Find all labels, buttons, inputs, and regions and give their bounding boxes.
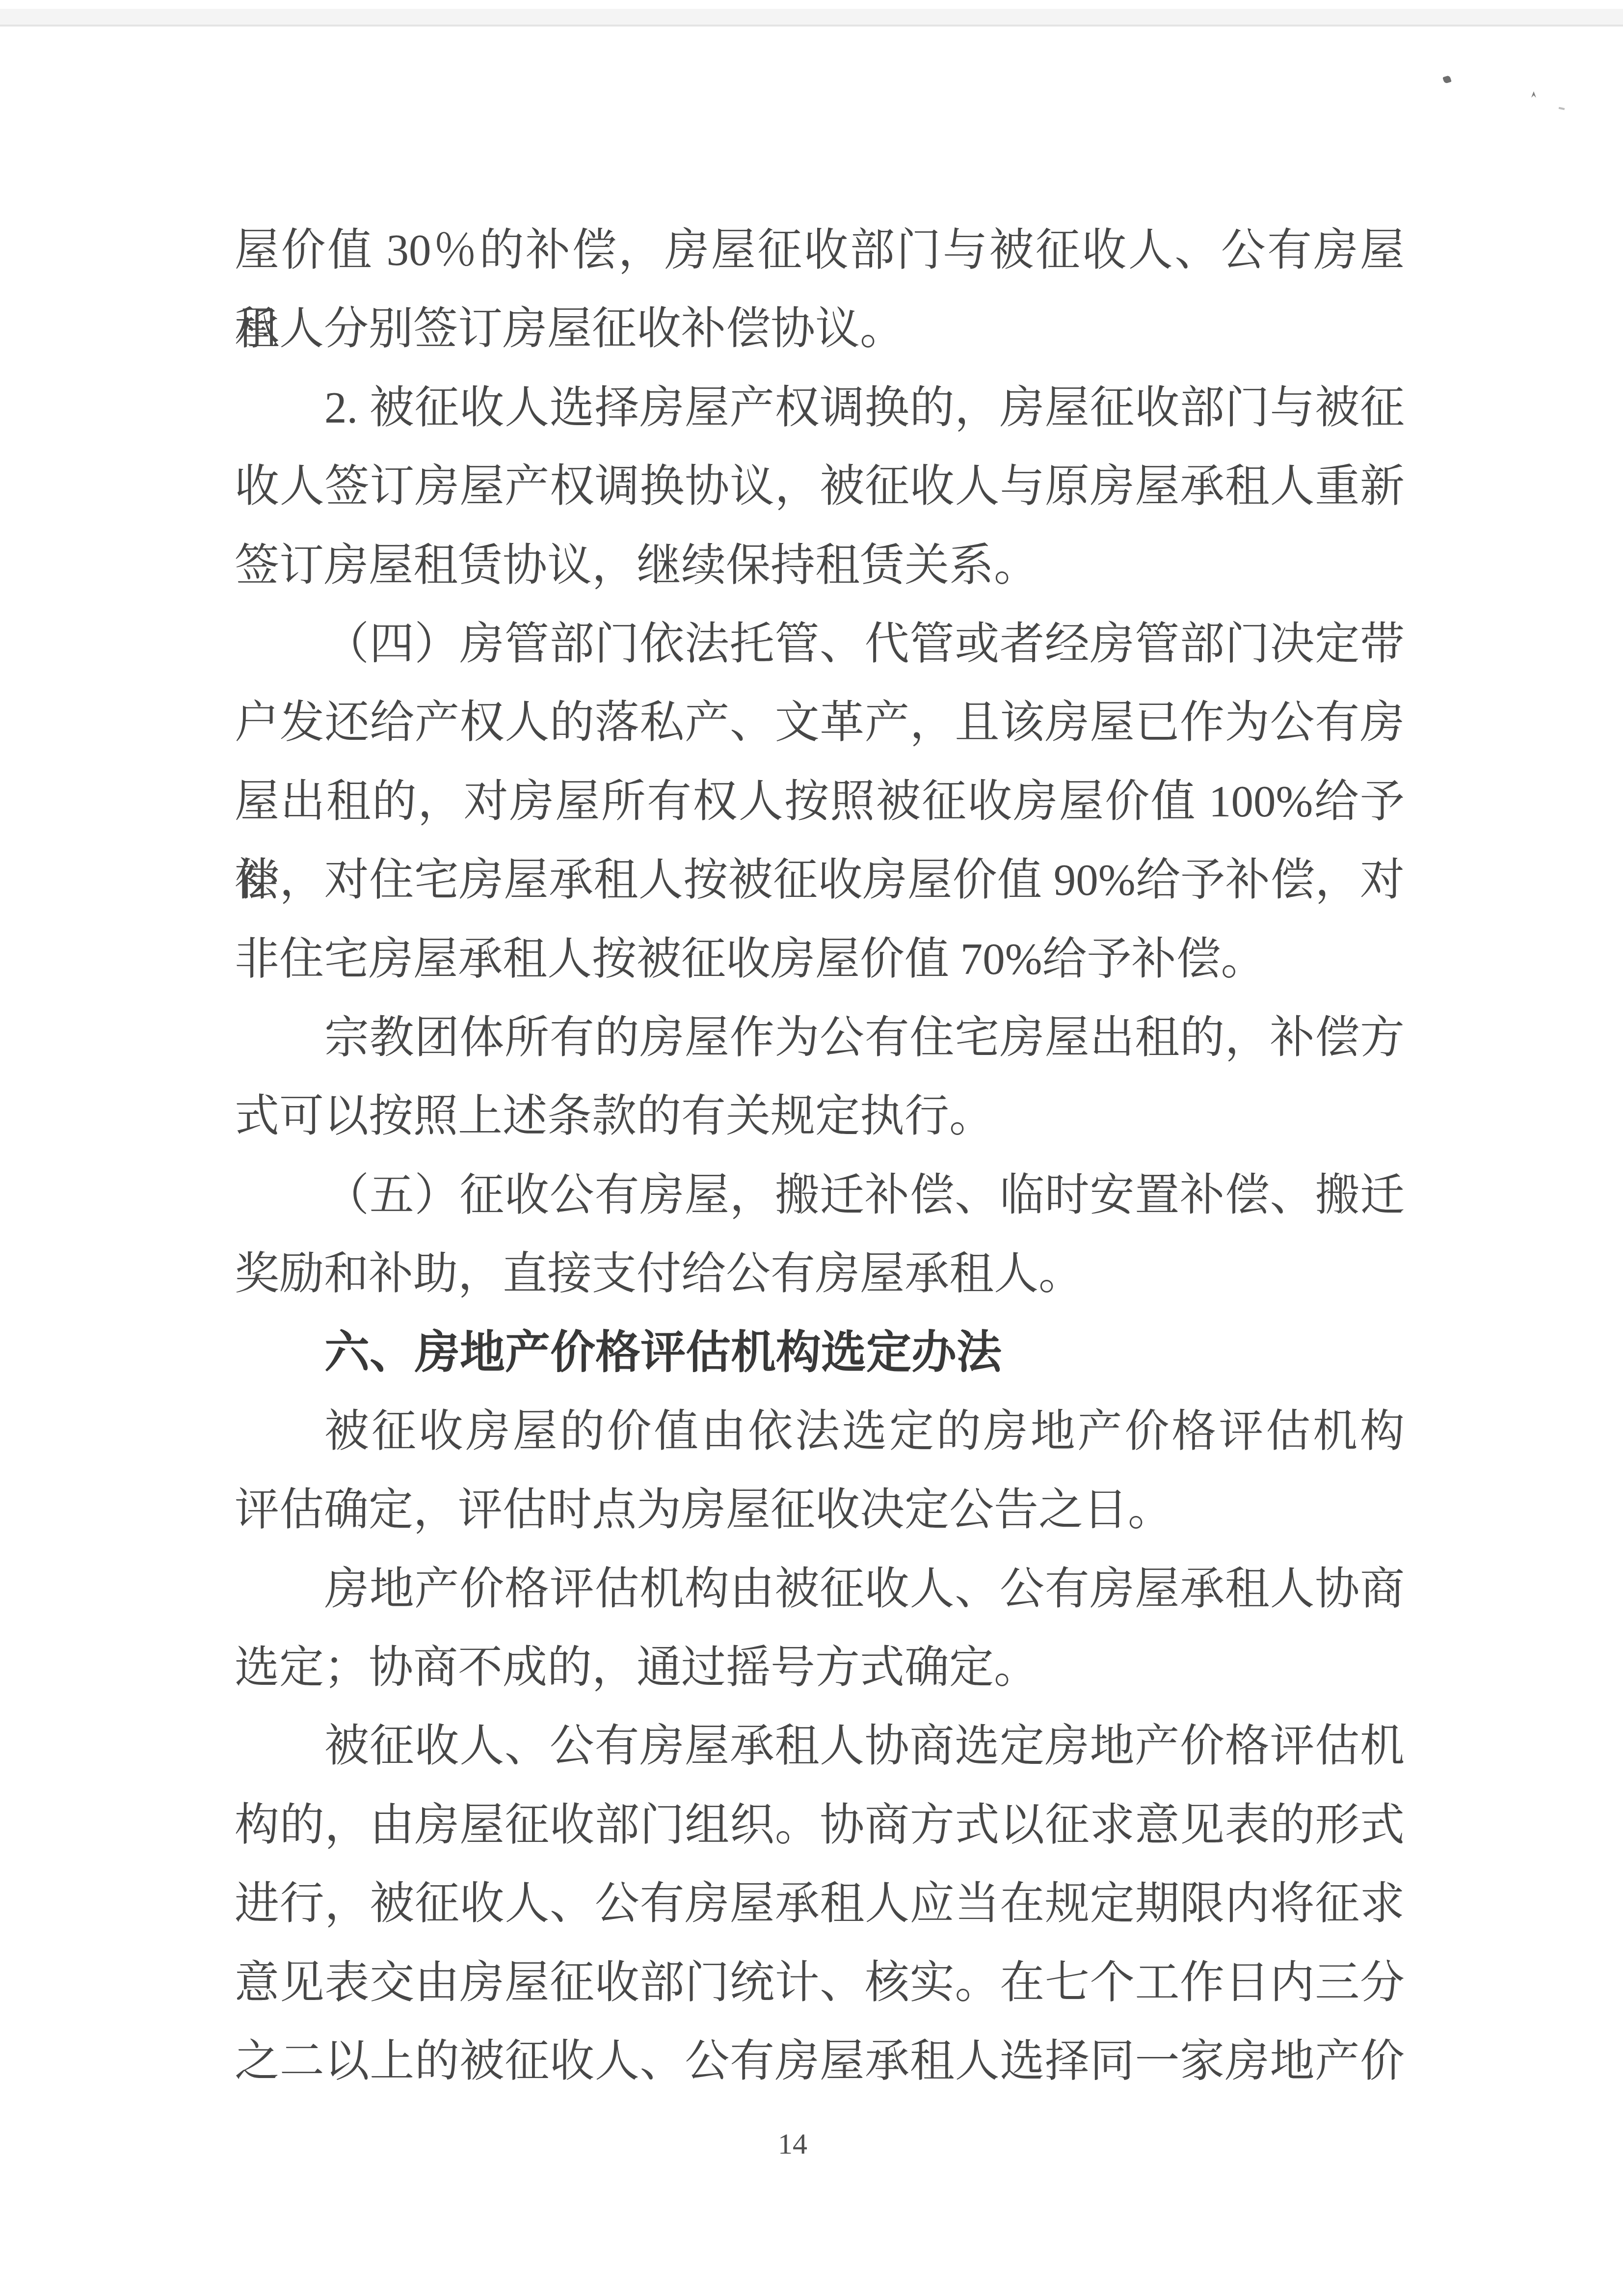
- text-line: 进行，被征收人、公有房屋承租人应当在规定期限内将征求: [235, 1864, 1405, 1943]
- text-line: 签订房屋租赁协议，继续保持租赁关系。: [235, 526, 1405, 605]
- text-line: 屋出租的，对房屋所有权人按照被征收房屋价值 100%给予补: [235, 762, 1405, 841]
- text-line: 奖励和补助，直接支付给公有房屋承租人。: [235, 1235, 1405, 1313]
- text-line: 意见表交由房屋征收部门统计、核实。在七个工作日内三分: [235, 1944, 1405, 2022]
- text-line: （五）征收公有房屋，搬迁补偿、临时安置补偿、搬迁: [235, 1156, 1405, 1235]
- text-line: 户发还给产权人的落私产、文革产，且该房屋已作为公有房: [235, 683, 1405, 762]
- ink-speck: [1559, 107, 1565, 110]
- text-line: （四）房管部门依法托管、代管或者经房管部门决定带: [235, 605, 1405, 683]
- text-line: 屋价值 30％的补偿，房屋征收部门与被征收人、公有房屋承: [235, 211, 1405, 290]
- text-line: 评估确定，评估时点为房屋征收决定公告之日。: [235, 1471, 1405, 1549]
- ink-speck: [1442, 75, 1452, 84]
- ink-speck: [1531, 91, 1536, 98]
- text-line: 被征收房屋的价值由依法选定的房地产价格评估机构: [235, 1392, 1405, 1471]
- text-line: 2. 被征收人选择房屋产权调换的，房屋征收部门与被征: [235, 369, 1405, 447]
- text-line: 被征收人、公有房屋承租人协商选定房地产价格评估机: [235, 1707, 1405, 1785]
- text-line: 租人分别签订房屋征收补偿协议。: [235, 290, 1405, 368]
- text-line: 构的，由房屋征收部门组织。协商方式以征求意见表的形式: [235, 1786, 1405, 1864]
- document-page: 屋价值 30％的补偿，房屋征收部门与被征收人、公有房屋承 租人分别签订房屋征收补…: [0, 0, 1623, 2296]
- text-line: 选定；协商不成的，通过摇号方式确定。: [235, 1628, 1405, 1707]
- page-number: 14: [0, 2122, 1585, 2166]
- scan-artifact-band: [0, 9, 1623, 27]
- text-line: 收人签订房屋产权调换协议，被征收人与原房屋承租人重新: [235, 447, 1405, 526]
- text-line: 之二以上的被征收人、公有房屋承租人选择同一家房地产价: [235, 2022, 1405, 2101]
- text-line: 偿，对住宅房屋承租人按被征收房屋价值 90%给予补偿，对: [235, 841, 1405, 919]
- text-line: 非住宅房屋承租人按被征收房屋价值 70%给予补偿。: [235, 920, 1405, 999]
- text-line: 式可以按照上述条款的有关规定执行。: [235, 1077, 1405, 1156]
- text-line: 宗教团体所有的房屋作为公有住宅房屋出租的，补偿方: [235, 999, 1405, 1077]
- text-line: 房地产价格评估机构由被征收人、公有房屋承租人协商: [235, 1550, 1405, 1628]
- text-block: 屋价值 30％的补偿，房屋征收部门与被征收人、公有房屋承 租人分别签订房屋征收补…: [235, 211, 1405, 2101]
- section-heading: 六、房地产价格评估机构选定办法: [235, 1313, 1405, 1392]
